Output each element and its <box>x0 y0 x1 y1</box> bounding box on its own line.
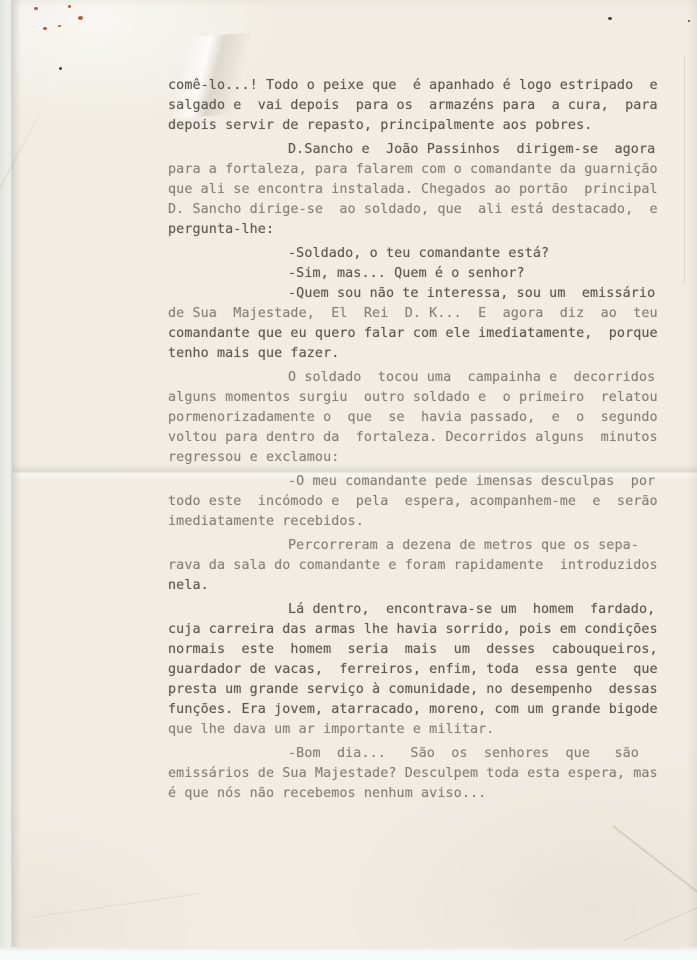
rust-speck <box>43 27 47 30</box>
text-line: Percorreram a dezena de metros que os se… <box>168 536 673 556</box>
text-line: presta um grande serviço à comunidade, n… <box>168 680 673 700</box>
text-line: pormenorizadamente o que se havia passad… <box>168 408 673 428</box>
text-line: nela. <box>168 576 673 596</box>
text-line: normais este homem seria mais um desses … <box>168 640 673 660</box>
text-line: alguns momentos surgiu outro soldado e o… <box>168 388 673 408</box>
text-line: que ali se encontra instalada. Chegados … <box>168 180 673 200</box>
text-line: -Soldado, o teu comandante está? <box>168 244 673 264</box>
text-line: rava da sala do comandante e foram rapid… <box>168 556 673 576</box>
text-line: de Sua Majestade, El Rei D. K... E agora… <box>168 304 673 324</box>
text-line: emissários de Sua Majestade? Desculpem t… <box>168 764 673 784</box>
text-line: regressou e exclamou: <box>168 448 673 468</box>
scanner-edge-bottom <box>0 947 697 960</box>
text-line: que lhe dava um ar importante e militar. <box>168 720 673 740</box>
rust-speck <box>78 16 83 20</box>
text-line: -Quem sou não te interessa, sou um emiss… <box>168 284 673 304</box>
text-line: imediatamente recebidos. <box>168 512 673 532</box>
text-line: O soldado tocou uma campainha e decorrid… <box>168 368 673 388</box>
diagonal-crease <box>0 90 53 303</box>
rust-speck <box>58 25 61 27</box>
ink-speck <box>688 20 690 22</box>
text-line: salgado e vai depois para os armazéns pa… <box>168 96 673 116</box>
text-line: D. Sancho dirige-se ao soldado, que ali … <box>168 200 673 220</box>
text-line: todo este incómodo e pela espera, acompa… <box>168 492 673 512</box>
text-line: tenho mais que fazer. <box>168 344 673 364</box>
text-line: Lá dentro, encontrava-se um homem fardad… <box>168 600 673 620</box>
text-line: guardador de vacas, ferreiros, enfim, to… <box>168 660 673 680</box>
rust-speck <box>68 5 71 8</box>
rust-speck <box>34 7 38 10</box>
text-line: comandante que eu quero falar com ele im… <box>168 324 673 344</box>
text-line: -Bom dia... São os senhores que são <box>168 744 673 764</box>
text-line: cuja carreira das armas lhe havia sorrid… <box>168 620 673 640</box>
text-line: comê-lo...! Todo o peixe que é apanhado … <box>168 76 673 96</box>
text-line: funções. Era jovem, atarracado, moreno, … <box>168 700 673 720</box>
text-line: é que nós não recebemos nenhum aviso... <box>168 784 673 804</box>
text-line: pergunta-lhe: <box>168 220 673 240</box>
typewritten-text: comê-lo...! Todo o peixe que é apanhado … <box>168 76 673 804</box>
text-line: voltou para dentro da fortaleza. Decorri… <box>168 428 673 448</box>
text-line: para a fortaleza, para falarem com o com… <box>168 160 673 180</box>
text-line: depois servir de repasto, principalmente… <box>168 116 673 136</box>
scanned-document: { "page": { "type": "scanned-typewritten… <box>0 0 697 960</box>
text-line: -O meu comandante pede imensas desculpas… <box>168 472 673 492</box>
ink-speck <box>608 17 612 20</box>
text-line: D.Sancho e João Passinhos dirigem-se ago… <box>168 140 673 160</box>
ink-speck <box>59 67 62 70</box>
text-line: -Sim, mas... Quem é o senhor? <box>168 264 673 284</box>
